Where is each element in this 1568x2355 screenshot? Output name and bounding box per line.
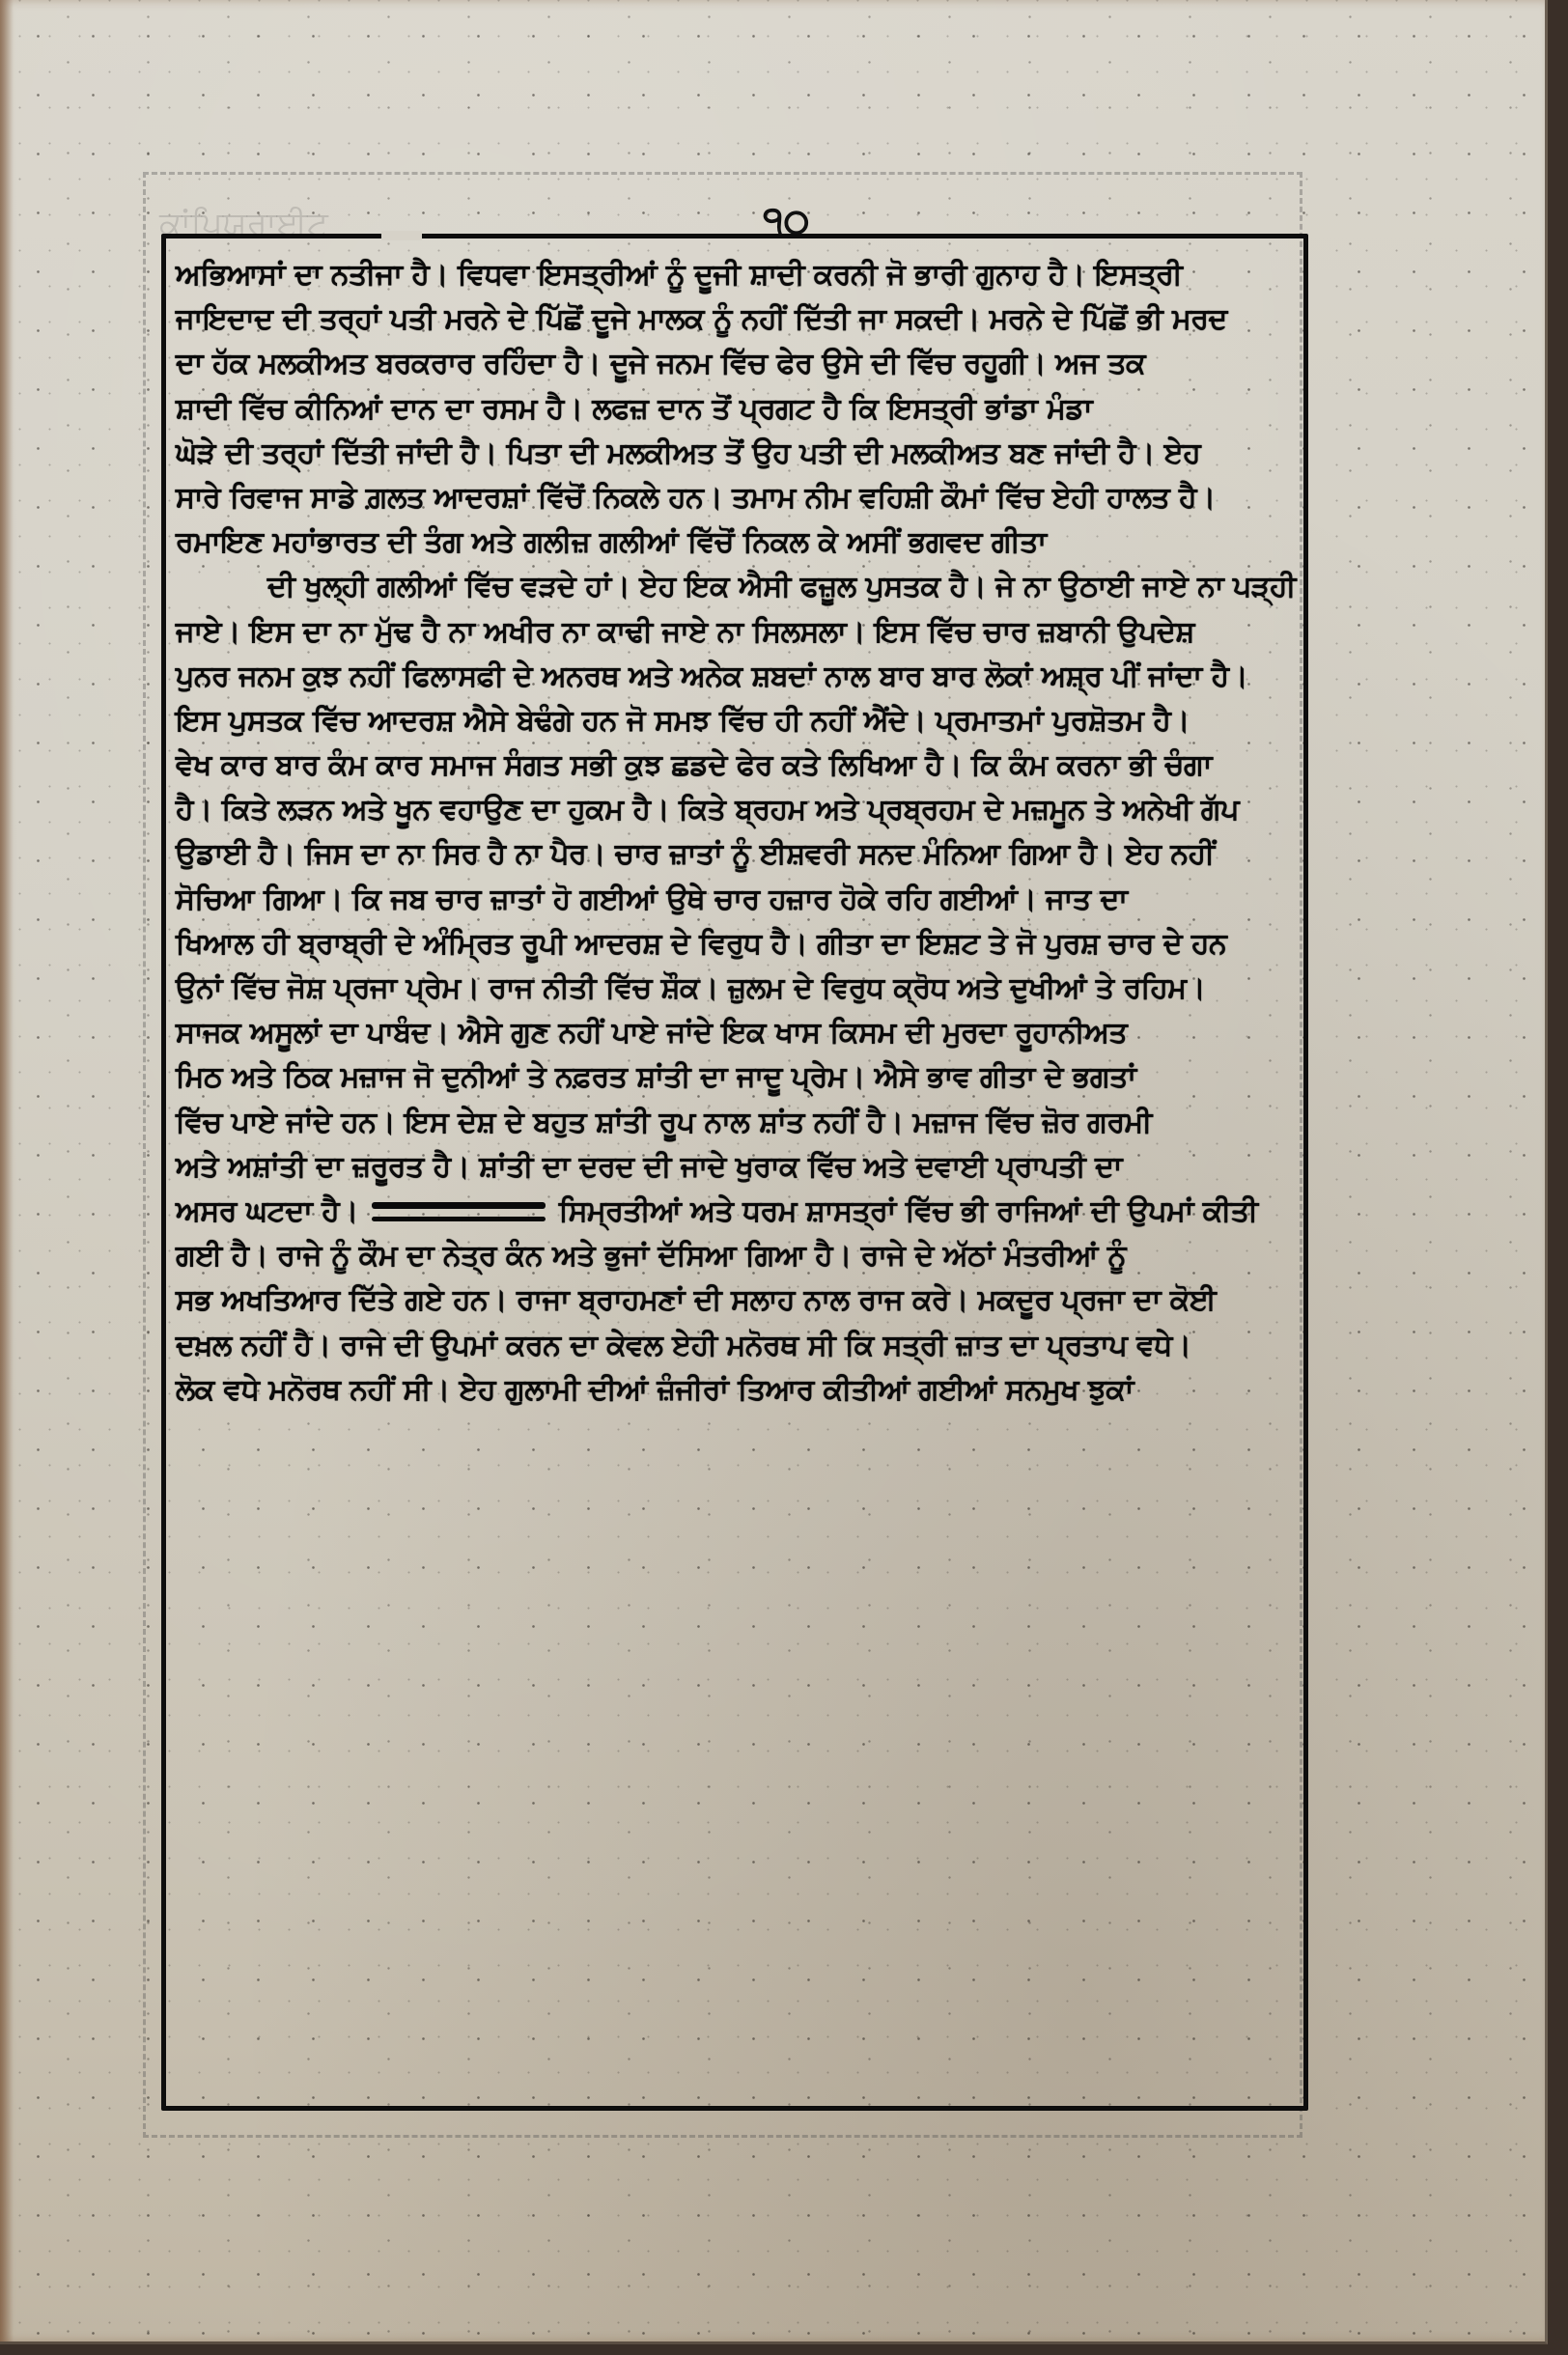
manuscript-line: ਘੋੜੇ ਦੀ ਤਰ੍ਹਾਂ ਦਿੱਤੀ ਜਾਂਦੀ ਹੈ। ਪਿਤਾ ਦੀ ਮ… — [176, 432, 1310, 476]
manuscript-line: ਅਭਿਆਸਾਂ ਦਾ ਨਤੀਜਾ ਹੈ। ਵਿਧਵਾ ਇਸਤ੍ਰੀਆਂ ਨੂੰ … — [176, 253, 1310, 297]
double-rule-separator — [372, 1202, 546, 1221]
manuscript-line: ਸਭ ਅਖਤਿਆਰ ਦਿੱਤੇ ਗਏ ਹਨ। ਰਾਜਾ ਬ੍ਰਾਹਮਣਾਂ ਦੀ… — [176, 1278, 1310, 1323]
manuscript-text-block: ਅਭਿਆਸਾਂ ਦਾ ਨਤੀਜਾ ਹੈ। ਵਿਧਵਾ ਇਸਤ੍ਰੀਆਂ ਨੂੰ … — [176, 253, 1310, 1413]
manuscript-line: ਰਮਾਇਣ ਮਹਾਂਭਾਰਤ ਦੀ ਤੰਗ ਅਤੇ ਗਲੀਜ਼ ਗਲੀਆਂ ਵਿ… — [176, 520, 1310, 565]
binding-edge-shadow — [0, 0, 14, 2341]
manuscript-line: ਉਡਾਈ ਹੈ। ਜਿਸ ਦਾ ਨਾ ਸਿਰ ਹੈ ਨਾ ਪੈਰ। ਚਾਰ ਜ਼… — [176, 832, 1310, 877]
manuscript-line: ਅਤੇ ਅਸ਼ਾਂਤੀ ਦਾ ਜ਼ਰੂਰਤ ਹੈ। ਸ਼ਾਂਤੀ ਦਾ ਦਰਦ … — [176, 1145, 1310, 1190]
manuscript-line: ਉਨਾਂ ਵਿੱਚ ਜੋਸ਼ ਪ੍ਰਜਾ ਪ੍ਰੇਮ। ਰਾਜ ਨੀਤੀ ਵਿੱ… — [176, 967, 1310, 1011]
line-segment: ਸਿਮ੍ਰਤੀਆਂ ਅਤੇ ਧਰਮ ਸ਼ਾਸਤ੍ਰਾਂ ਵਿੱਚ ਭੀ ਰਾਜਿ… — [559, 1194, 1258, 1228]
manuscript-line: ਦਖ਼ਲ ਨਹੀਂ ਹੈ। ਰਾਜੇ ਦੀ ਉਪਮਾਂ ਕਰਨ ਦਾ ਕੇਵਲ … — [176, 1324, 1310, 1368]
manuscript-line: ਜਾਏ। ਇਸ ਦਾ ਨਾ ਮੁੱਢ ਹੈ ਨਾ ਅਖੀਰ ਨਾ ਕਾਢੀ ਜਾ… — [176, 610, 1310, 655]
border-ink-gap — [381, 231, 422, 240]
manuscript-page: ਕਾਂਪਿਯਰਾਈਟ ੧੦ ਅਭਿਆਸਾਂ ਦਾ ਨਤੀਜਾ ਹੈ। ਵਿਧਵਾ… — [0, 0, 1548, 2344]
manuscript-line: ਸ਼ਾਦੀ ਵਿੱਚ ਕੀਨਿਆਂ ਦਾਨ ਦਾ ਰਸਮ ਹੈ। ਲਫਜ਼ ਦਾ… — [176, 387, 1310, 432]
manuscript-line: ਦੀ ਖੁਲ੍ਹੀ ਗਲੀਆਂ ਵਿੱਚ ਵੜਦੇ ਹਾਂ। ਏਹ ਇਕ ਐਸੀ… — [176, 565, 1310, 609]
manuscript-line: ਇਸ ਪੁਸਤਕ ਵਿੱਚ ਆਦਰਸ਼ ਐਸੇ ਬੇਢੰਗੇ ਹਨ ਜੋ ਸਮਝ… — [176, 699, 1310, 743]
line-segment: ਅਸਰ ਘਟਦਾ ਹੈ। — [176, 1194, 358, 1228]
manuscript-line: ਸੋਚਿਆ ਗਿਆ। ਕਿ ਜਬ ਚਾਰ ਜ਼ਾਤਾਂ ਹੋ ਗਈਆਂ ਉਥੇ … — [176, 878, 1310, 922]
manuscript-line: ਅਸਰ ਘਟਦਾ ਹੈ।ਸਿਮ੍ਰਤੀਆਂ ਅਤੇ ਧਰਮ ਸ਼ਾਸਤ੍ਰਾਂ … — [176, 1190, 1310, 1234]
manuscript-line: ਵਿੱਚ ਪਾਏ ਜਾਂਦੇ ਹਨ। ਇਸ ਦੇਸ਼ ਦੇ ਬਹੁਤ ਸ਼ਾਂਤ… — [176, 1101, 1310, 1145]
manuscript-line: ਪੁਨਰ ਜਨਮ ਕੁਝ ਨਹੀਂ ਫਿਲਾਸਫੀ ਦੇ ਅਨਰਥ ਅਤੇ ਅਨ… — [176, 655, 1310, 699]
manuscript-line: ਸਾਜਕ ਅਸੂਲਾਂ ਦਾ ਪਾਬੰਦ। ਐਸੇ ਗੁਣ ਨਹੀਂ ਪਾਏ ਜ… — [176, 1011, 1310, 1055]
manuscript-line: ਖਿਆਲ ਹੀ ਬ੍ਰਾਬ੍ਰੀ ਦੇ ਅੰਮ੍ਰਿਤ ਰੂਪੀ ਆਦਰਸ਼ ਦ… — [176, 922, 1310, 967]
manuscript-line: ਦਾ ਹੱਕ ਮਲਕੀਅਤ ਬਰਕਰਾਰ ਰਹਿੰਦਾ ਹੈ। ਦੂਜੇ ਜਨਮ… — [176, 342, 1310, 386]
manuscript-line: ਵੇਖ ਕਾਰ ਬਾਰ ਕੰਮ ਕਾਰ ਸਮਾਜ ਸੰਗਤ ਸਭੀ ਕੁਝ ਛਡ… — [176, 743, 1310, 788]
manuscript-line: ਜਾਇਦਾਦ ਦੀ ਤਰ੍ਹਾਂ ਪਤੀ ਮਰਨੇ ਦੇ ਪਿੱਛੋਂ ਦੂਜੇ… — [176, 297, 1310, 342]
manuscript-line: ਮਿਠ ਅਤੇ ਠਿਕ ਮਜ਼ਾਜ ਜੋ ਦੁਨੀਆਂ ਤੇ ਨਫ਼ਰਤ ਸ਼ਾ… — [176, 1055, 1310, 1100]
manuscript-line: ਹੈ। ਕਿਤੇ ਲੜਨ ਅਤੇ ਖੂਨ ਵਹਾਉਣ ਦਾ ਹੁਕਮ ਹੈ। ਕ… — [176, 788, 1310, 832]
manuscript-line: ਲੋਕ ਵਧੇ ਮਨੋਰਥ ਨਹੀਂ ਸੀ। ਏਹ ਗੁਲਾਮੀ ਦੀਆਂ ਜ਼… — [176, 1368, 1310, 1413]
manuscript-line: ਸਾਰੇ ਰਿਵਾਜ ਸਾਡੇ ਗ਼ਲਤ ਆਦਰਸ਼ਾਂ ਵਿੱਚੋਂ ਨਿਕਲ… — [176, 476, 1310, 520]
manuscript-line: ਗਈ ਹੈ। ਰਾਜੇ ਨੂੰ ਕੌਮ ਦਾ ਨੇਤ੍ਰ ਕੰਨ ਅਤੇ ਭੁਜ… — [176, 1234, 1310, 1278]
